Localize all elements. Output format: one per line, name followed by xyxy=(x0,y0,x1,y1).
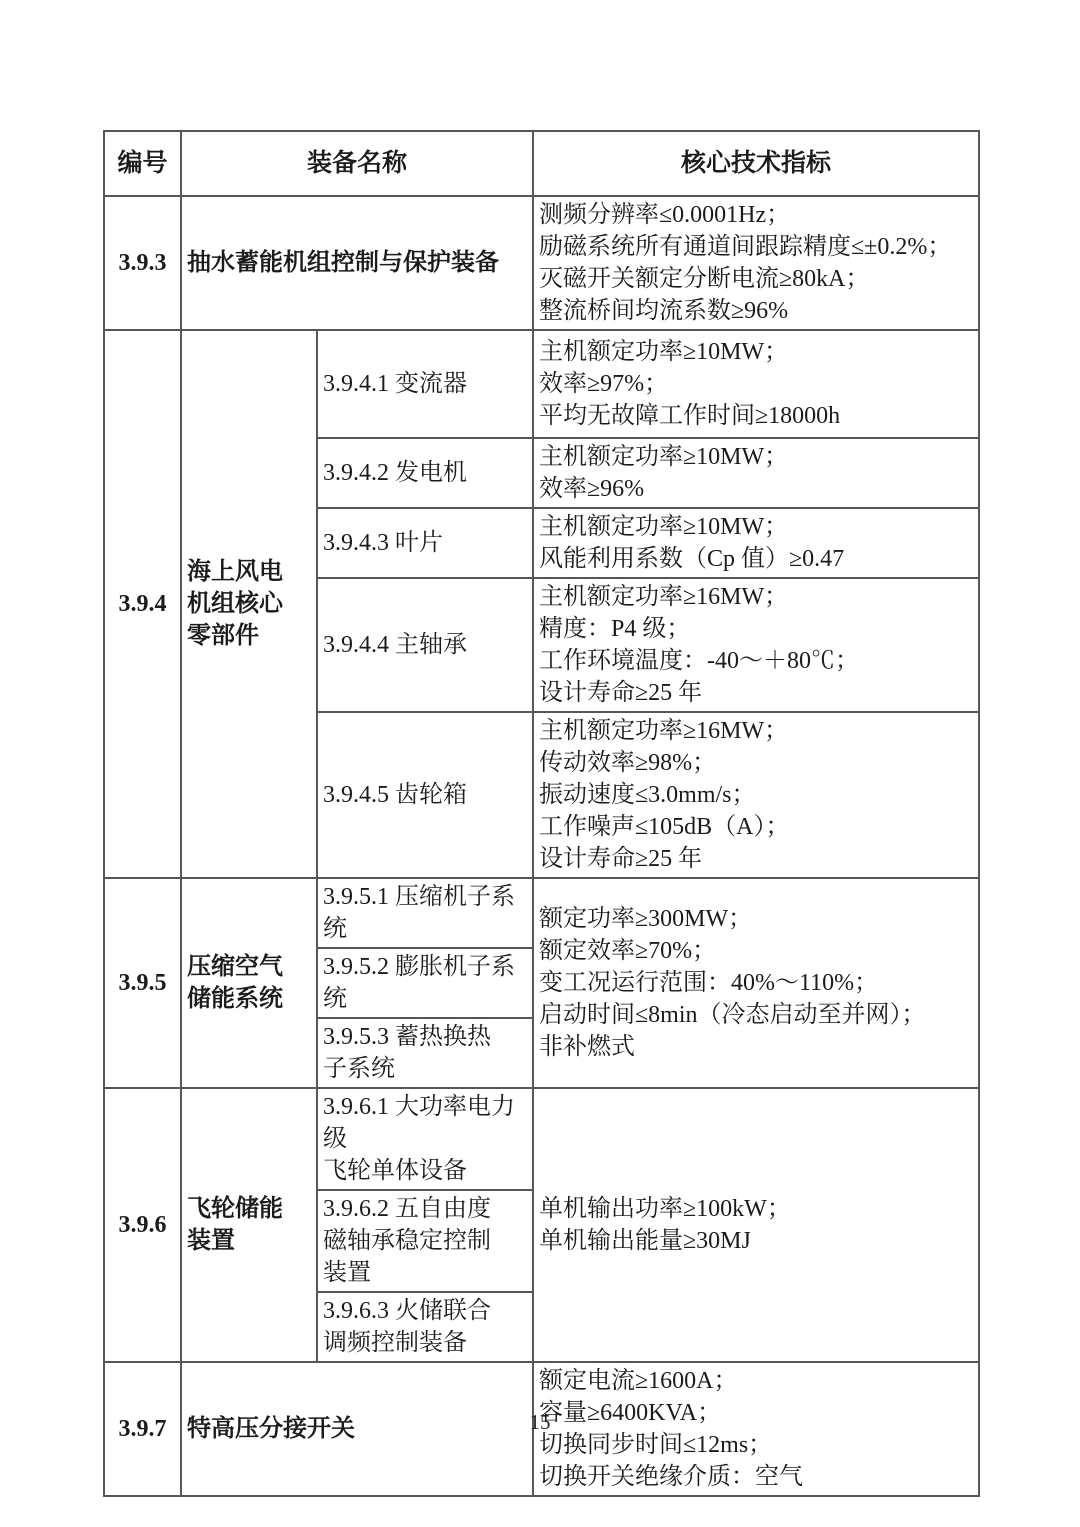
sub-item-label: 3.9.5.2 膨胀机子系统 xyxy=(317,948,533,1018)
table-row: 3.9.6 飞轮储能 装置 3.9.6.1 大功率电力级 飞轮单体设备 单机输出… xyxy=(104,1088,979,1190)
spec-cell: 主机额定功率≥10MW； 效率≥97%； 平均无故障工作时间≥18000h xyxy=(533,330,979,438)
spec-cell: 额定功率≥300MW； 额定效率≥70%； 变工况运行范围：40%～110%； … xyxy=(533,878,979,1088)
row-id: 3.9.6 xyxy=(104,1088,181,1362)
spec-cell: 主机额定功率≥10MW； 风能利用系数（Cp 值）≥0.47 xyxy=(533,508,979,578)
equipment-name: 飞轮储能 装置 xyxy=(181,1088,317,1362)
sub-item-label: 3.9.6.1 大功率电力级 飞轮单体设备 xyxy=(317,1088,533,1190)
header-cell-equipment-name: 装备名称 xyxy=(181,131,533,196)
sub-item-label: 3.9.5.3 蓄热换热 子系统 xyxy=(317,1018,533,1088)
page-number: 15 xyxy=(0,1410,1080,1435)
sub-item-label: 3.9.4.2 发电机 xyxy=(317,438,533,508)
table-row: 3.9.3 抽水蓄能机组控制与保护装备 测频分辨率≤0.0001Hz； 励磁系统… xyxy=(104,196,979,330)
row-id: 3.9.4 xyxy=(104,330,181,878)
row-id: 3.9.3 xyxy=(104,196,181,330)
table-row: 3.9.5 压缩空气 储能系统 3.9.5.1 压缩机子系统 额定功率≥300M… xyxy=(104,878,979,948)
spec-cell: 主机额定功率≥16MW； 传动效率≥98%； 振动速度≤3.0mm/s； 工作噪… xyxy=(533,712,979,878)
header-cell-spec: 核心技术指标 xyxy=(533,131,979,196)
sub-item-label: 3.9.6.2 五自由度 磁轴承稳定控制 装置 xyxy=(317,1190,533,1292)
spec-cell: 主机额定功率≥10MW； 效率≥96% xyxy=(533,438,979,508)
equipment-name: 海上风电 机组核心 零部件 xyxy=(181,330,317,878)
table-row: 3.9.4 海上风电 机组核心 零部件 3.9.4.1 变流器 主机额定功率≥1… xyxy=(104,330,979,438)
spec-cell: 测频分辨率≤0.0001Hz； 励磁系统所有通道间跟踪精度≤±0.2%； 灭磁开… xyxy=(533,196,979,330)
sub-item-label: 3.9.4.1 变流器 xyxy=(317,330,533,438)
spec-cell: 单机输出功率≥100kW； 单机输出能量≥30MJ xyxy=(533,1088,979,1362)
sub-item-label: 3.9.5.1 压缩机子系统 xyxy=(317,878,533,948)
spec-cell: 主机额定功率≥16MW； 精度：P4 级； 工作环境温度：-40～＋80℃； 设… xyxy=(533,578,979,712)
table-header-row: 编号 装备名称 核心技术指标 xyxy=(104,131,979,196)
sub-item-label: 3.9.6.3 火储联合 调频控制装备 xyxy=(317,1292,533,1362)
equipment-name: 压缩空气 储能系统 xyxy=(181,878,317,1088)
equipment-name: 抽水蓄能机组控制与保护装备 xyxy=(181,196,533,330)
sub-item-label: 3.9.4.4 主轴承 xyxy=(317,578,533,712)
sub-item-label: 3.9.4.3 叶片 xyxy=(317,508,533,578)
row-id: 3.9.5 xyxy=(104,878,181,1088)
header-cell-id: 编号 xyxy=(104,131,181,196)
sub-item-label: 3.9.4.5 齿轮箱 xyxy=(317,712,533,878)
equipment-spec-table: 编号 装备名称 核心技术指标 3.9.3 抽水蓄能机组控制与保护装备 测频分辨率… xyxy=(103,130,980,1497)
